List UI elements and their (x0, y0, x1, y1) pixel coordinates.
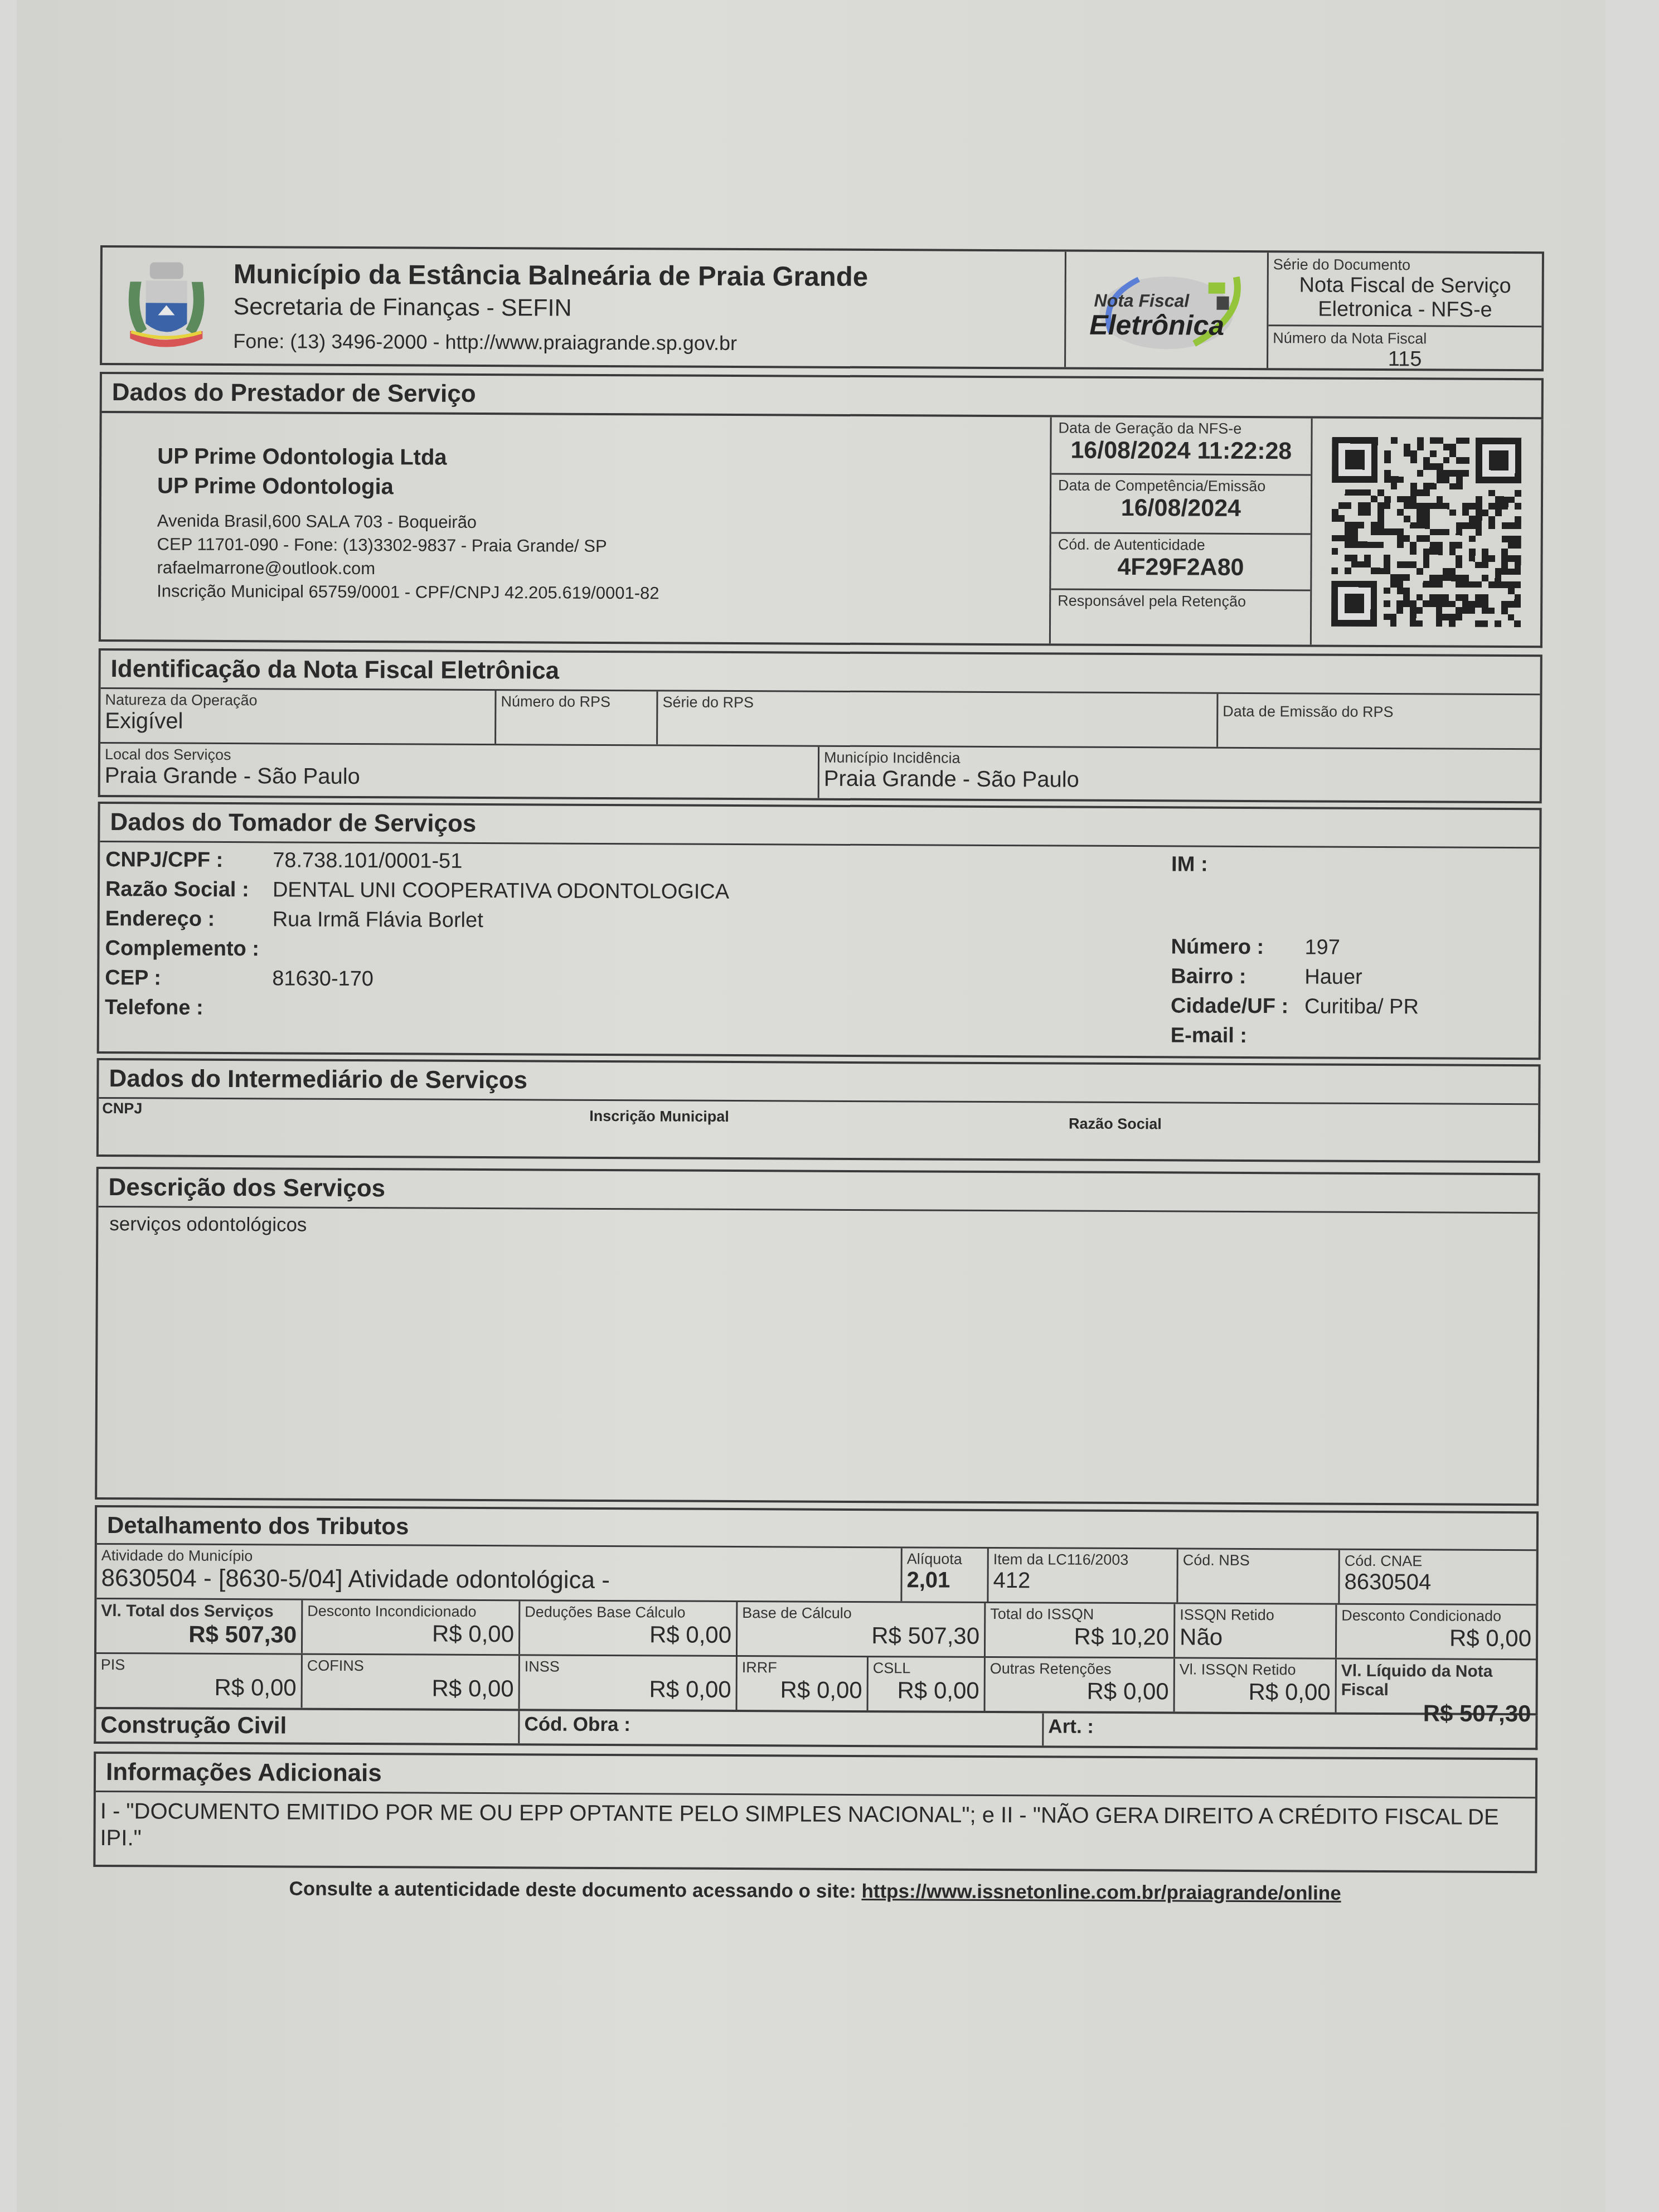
prestador-email: rafaelmarrone@outlook.com (157, 557, 1049, 581)
geracao-value: 16/08/2024 11:22:28 (1058, 437, 1304, 465)
adicionais-title: Informações Adicionais (96, 1754, 1535, 1797)
local-servicos-value: Praia Grande - São Paulo (105, 763, 813, 792)
tax-cell: Vl. ISSQN RetidoR$ 0,00 (1175, 1658, 1337, 1712)
identificacao-section: Identificação da Nota Fiscal Eletrônica … (98, 648, 1542, 803)
prestador-cep-fone: CEP 11701-090 - Fone: (13)3302-9837 - Pr… (157, 534, 1050, 558)
tax-value: R$ 0,00 (1341, 1624, 1531, 1652)
nfse-dates-block: Data de Geração da NFS-e 16/08/2024 11:2… (1049, 417, 1313, 644)
prestador-endereco: Avenida Brasil,600 SALA 703 - Boqueirão (157, 511, 1050, 535)
cod-obra-label: Cód. Obra : (520, 1711, 1044, 1745)
tomador-endereco-label: Endereço : (105, 907, 273, 932)
prestador-section: UP Prime Odontologia Ltda UP Prime Odont… (99, 413, 1544, 648)
intermediario-cnpj-label: CNPJ (102, 1100, 142, 1117)
tributos-title: Detalhamento dos Tributos (97, 1507, 1536, 1549)
art-label: Art. : (1044, 1713, 1535, 1748)
descricao-text: serviços odontológicos (97, 1206, 1537, 1503)
tax-label: Vl. Líquido da Nota Fiscal (1341, 1662, 1531, 1700)
authenticity-link[interactable]: https://www.issnetonline.com.br/praiagra… (861, 1880, 1341, 1904)
tomador-cidade-label: Cidade/UF : (1171, 994, 1304, 1018)
tomador-title: Dados do Tomador de Serviços (100, 804, 1539, 847)
tomador-im-label: IM : (1171, 852, 1305, 877)
autenticidade-value: 4F29F2A80 (1058, 553, 1303, 581)
serie-rps-label: Série do RPS (662, 693, 1212, 713)
tax-label: CSLL (873, 1660, 979, 1677)
document-header: Município da Estância Balneária de Praia… (100, 245, 1544, 371)
tax-label: Desconto Condicionado (1341, 1607, 1531, 1625)
tax-cell: INSSR$ 0,00 (520, 1656, 738, 1710)
prestador-title: Dados do Prestador de Serviço (102, 374, 1541, 417)
competencia-value: 16/08/2024 (1058, 494, 1304, 523)
tributos-row-3: PISR$ 0,00COFINSR$ 0,00INSSR$ 0,00IRRFR$… (96, 1652, 1536, 1713)
construcao-title: Construção Civil (96, 1709, 520, 1743)
tax-value: R$ 0,00 (101, 1673, 297, 1701)
tomador-endereco-value: Rua Irmã Flávia Borlet (273, 908, 483, 933)
logo-line2: Eletrônica (1089, 308, 1224, 341)
tax-cell: Total do ISSQNR$ 10,20 (986, 1603, 1175, 1657)
tax-label: INSS (525, 1658, 731, 1676)
prestador-inscricao: Inscrição Municipal 65759/0001 - CPF/CNP… (157, 581, 1049, 605)
tomador-cidade-value: Curitiba/ PR (1304, 995, 1419, 1019)
tributos-row-2: Vl. Total dos ServiçosR$ 507,30Desconto … (96, 1598, 1536, 1658)
serie-label: Série do Documento (1273, 256, 1537, 274)
tomador-razao-value: DENTAL UNI COOPERATIVA ODONTOLOGICA (273, 878, 729, 904)
prestador-fantasia: UP Prime Odontologia (157, 473, 1050, 502)
municipality-name: Município da Estância Balneária de Praia… (234, 259, 869, 293)
qr-code-icon[interactable] (1312, 418, 1541, 646)
item-lc-label: Item da LC116/2003 (993, 1551, 1172, 1569)
tomador-email-label: E-mail : (1171, 1023, 1304, 1048)
municipal-crest-icon (124, 259, 208, 352)
tax-label: Total do ISSQN (990, 1605, 1169, 1623)
natureza-value: Exigível (105, 709, 490, 735)
tomador-cnpj-value: 78.738.101/0001-51 (273, 848, 462, 873)
tomador-numero-value: 197 (1304, 935, 1340, 959)
tax-cell: Vl. Total dos ServiçosR$ 507,30 (96, 1599, 303, 1653)
document-series-block: Série do Documento Nota Fiscal de Serviç… (1268, 253, 1542, 369)
adicionais-text: I - "DOCUMENTO EMITIDO POR ME OU EPP OPT… (95, 1791, 1535, 1871)
competencia-label: Data de Competência/Emissão (1058, 477, 1304, 496)
natureza-label: Natureza da Operação (105, 691, 490, 710)
tax-cell: Base de CálculoR$ 507,30 (738, 1602, 986, 1656)
tax-value: R$ 0,00 (742, 1676, 862, 1704)
tributos-section: Detalhamento dos Tributos Atividade do M… (94, 1505, 1539, 1715)
paper-sheet: Município da Estância Balneária de Praia… (17, 0, 1605, 2212)
tax-cell: PISR$ 0,00 (96, 1654, 303, 1708)
construcao-section: Construção Civil Cód. Obra : Art. : (94, 1709, 1537, 1750)
tax-cell: Deduções Base CálculoR$ 0,00 (520, 1601, 738, 1655)
tax-cell: COFINSR$ 0,00 (303, 1655, 520, 1709)
tax-value: R$ 0,00 (1180, 1678, 1331, 1705)
tax-cell: IRRFR$ 0,00 (738, 1657, 869, 1710)
retencao-label: Responsável pela Retenção (1058, 592, 1303, 610)
tomador-telefone-label: Telefone : (105, 996, 272, 1020)
tax-value: R$ 0,00 (525, 1675, 731, 1703)
tax-value: Não (1180, 1623, 1331, 1651)
tax-cell: ISSQN RetidoNão (1175, 1604, 1337, 1657)
tax-value: R$ 0,00 (990, 1677, 1169, 1705)
tax-cell: Outras RetençõesR$ 0,00 (986, 1658, 1175, 1711)
tax-label: COFINS (307, 1657, 514, 1676)
tax-label: IRRF (742, 1659, 862, 1677)
atividade-value: 8630504 - [8630-5/04] Atividade odontoló… (101, 1564, 896, 1595)
tax-label: Vl. ISSQN Retido (1180, 1661, 1331, 1679)
tax-label: Outras Retenções (990, 1660, 1169, 1678)
geracao-label: Data de Geração da NFS-e (1059, 420, 1304, 438)
tax-label: Base de Cálculo (742, 1604, 979, 1623)
intermediario-razao-label: Razão Social (1069, 1115, 1162, 1133)
footer: Consulte a autenticidade deste documento… (93, 1877, 1537, 1905)
nfe-logo-icon: Nota Fiscal Eletrônica (1066, 252, 1269, 368)
nbs-label: Cód. NBS (1183, 1551, 1334, 1569)
department-name: Secretaria de Finanças - SEFIN (233, 293, 867, 323)
tax-value: R$ 507,30 (742, 1622, 979, 1650)
numero-nota-label: Número da Nota Fiscal (1273, 329, 1537, 348)
item-lc-value: 412 (993, 1568, 1172, 1594)
tax-label: Desconto Incondicionado (307, 1603, 514, 1621)
tax-value: R$ 0,00 (525, 1621, 731, 1648)
nfse-document: Município da Estância Balneária de Praia… (93, 245, 1544, 1905)
tax-cell: Vl. Líquido da Nota FiscalR$ 507,30 (1337, 1660, 1536, 1714)
descricao-section: Descrição dos Serviços serviços odontoló… (95, 1167, 1540, 1506)
cnae-value: 8630504 (1344, 1570, 1531, 1595)
tomador-cep-label: CEP : (105, 966, 272, 991)
tax-cell: CSLLR$ 0,00 (869, 1657, 986, 1711)
tax-label: Vl. Total dos Serviços (101, 1602, 297, 1622)
descricao-title: Descrição dos Serviços (98, 1169, 1537, 1212)
intermediario-title: Dados do Intermediário de Serviços (99, 1060, 1538, 1103)
tomador-numero-label: Número : (1171, 935, 1304, 959)
intermediario-im-label: Inscrição Municipal (589, 1108, 729, 1126)
cnae-label: Cód. CNAE (1345, 1553, 1532, 1570)
municipality-block: Município da Estância Balneária de Praia… (102, 248, 1066, 367)
adicionais-section: Informações Adicionais I - "DOCUMENTO EM… (93, 1752, 1537, 1873)
numero-nota-value: 115 (1273, 347, 1537, 372)
tax-cell: Desconto CondicionadoR$ 0,00 (1337, 1605, 1536, 1659)
tomador-razao-label: Razão Social : (105, 877, 273, 902)
data-rps-label: Data de Emissão do RPS (1223, 703, 1535, 721)
prestador-section-header: Dados do Prestador de Serviço (100, 372, 1544, 419)
footer-text: Consulte a autenticidade deste documento… (289, 1878, 856, 1902)
tomador-section: Dados do Tomador de Serviços CNPJ/CPF :7… (97, 802, 1542, 1060)
identificacao-title: Identificação da Nota Fiscal Eletrônica (101, 651, 1540, 693)
tax-label: PIS (101, 1656, 297, 1675)
tomador-bairro-label: Bairro : (1171, 964, 1304, 989)
tax-value: R$ 0,00 (873, 1677, 979, 1704)
municipio-incidencia-value: Praia Grande - São Paulo (824, 767, 1535, 795)
aliquota-label: Alíquota (907, 1550, 983, 1568)
tax-value: R$ 10,20 (990, 1623, 1169, 1650)
tax-value: R$ 507,30 (101, 1621, 297, 1648)
tomador-cnpj-label: CNPJ/CPF : (105, 848, 273, 872)
tax-label: ISSQN Retido (1180, 1606, 1331, 1624)
tomador-cep-value: 81630-170 (272, 967, 373, 991)
numero-rps-label: Número do RPS (501, 693, 652, 711)
tax-label: Deduções Base Cálculo (525, 1603, 731, 1622)
serie-value-2: Eletronica - NFS-e (1273, 297, 1537, 322)
municipality-contact: Fone: (13) 3496-2000 - http://www.praiag… (233, 329, 867, 356)
aliquota-value: 2,01 (906, 1568, 982, 1593)
serie-value-1: Nota Fiscal de Serviço (1273, 273, 1537, 298)
tax-value: R$ 0,00 (307, 1620, 514, 1648)
logo-line1: Nota Fiscal (1094, 290, 1190, 311)
tomador-complemento-label: Complemento : (105, 937, 272, 961)
intermediario-section: Dados do Intermediário de Serviços CNPJ … (96, 1058, 1541, 1163)
tax-value: R$ 0,00 (307, 1675, 514, 1702)
autenticidade-label: Cód. de Autenticidade (1058, 536, 1304, 555)
prestador-razao: UP Prime Odontologia Ltda (157, 444, 1050, 473)
tax-cell: Desconto IncondicionadoR$ 0,00 (303, 1600, 520, 1655)
tomador-bairro-value: Hauer (1304, 965, 1362, 989)
